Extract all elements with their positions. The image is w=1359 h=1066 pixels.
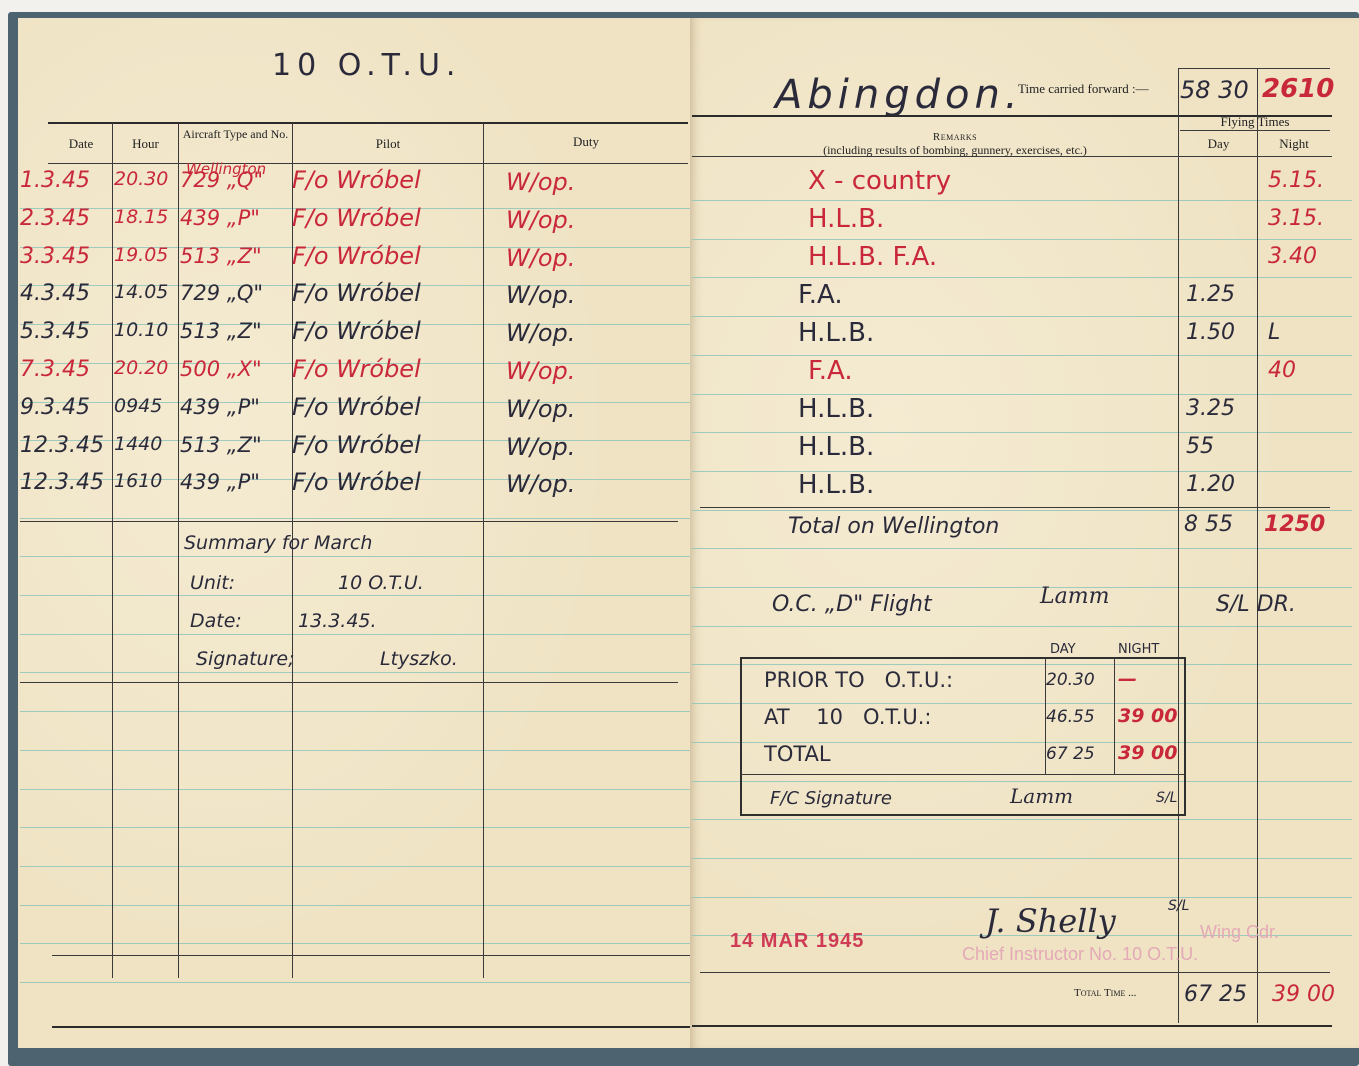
remark-text: H.L.B. <box>798 318 874 348</box>
oc-flight-signature: Lamm <box>1040 584 1109 609</box>
summary-end-rule <box>20 682 678 683</box>
remark-row: X - country5.15. <box>0 166 1359 202</box>
ruled-line <box>20 672 690 673</box>
remark-row: H.L.B.3.25 <box>0 394 1359 430</box>
ruled-line <box>20 711 690 712</box>
flying-times-rule <box>1180 130 1330 131</box>
totals-row-night: 39 00 <box>1118 705 1178 727</box>
ruled-line <box>20 866 690 867</box>
remark-row: H.L.B.55 <box>0 432 1359 468</box>
left-total-rule <box>52 955 690 956</box>
ruled-line <box>692 819 1352 820</box>
summary-signature-label: Signature; <box>196 648 294 670</box>
total-wellington-day: 8 55 <box>1184 512 1233 537</box>
remark-text: F.A. <box>808 356 853 386</box>
unit-heading: 10 O.T.U. <box>272 48 461 83</box>
oc-flight-rank: S/L DR. <box>1216 592 1296 617</box>
totals-row-day: 46.55 <box>1046 707 1095 727</box>
summary-unit-label: Unit: <box>190 572 235 594</box>
total-wellington-night: 1250 <box>1264 512 1325 537</box>
col-header-hour: Hour <box>113 136 178 152</box>
ruled-line <box>20 595 690 596</box>
ruled-line <box>692 548 1352 549</box>
totals-row-night: 39 00 <box>1118 742 1178 764</box>
wing-cdr-stamp: Wing Cdr. <box>1200 922 1279 943</box>
summary-date-label: Date: <box>190 610 242 632</box>
carried-forward-night: 2610 <box>1262 74 1334 104</box>
remark-night: 3.15. <box>1268 206 1324 231</box>
ruled-line <box>692 316 1352 317</box>
remark-text: F.A. <box>798 280 843 310</box>
remark-text: H.L.B. <box>798 432 874 462</box>
remark-day: 1.50 <box>1186 320 1235 345</box>
totals-row-night: — <box>1118 668 1137 690</box>
remark-row: F.A.1.25 <box>0 280 1359 316</box>
summary-title: Summary for March <box>184 532 372 554</box>
entries-end-rule <box>20 521 678 522</box>
col-header-duty: Duty <box>484 134 688 150</box>
summary-unit-value: 10 O.T.U. <box>338 572 424 594</box>
date-stamp: 14 MAR 1945 <box>730 930 864 953</box>
remarks-header: Remarks <box>740 131 1170 143</box>
right-bottom-rule <box>692 1025 1332 1027</box>
remark-text: H.L.B. <box>808 204 884 234</box>
col-header-aircraft: Aircraft Type and No. <box>179 128 292 141</box>
ruled-line <box>20 943 690 944</box>
totals-box-divider <box>740 774 1184 775</box>
carried-forward-top-rule <box>1178 68 1330 69</box>
ruled-line <box>20 789 690 790</box>
fc-signature-rank: S/L <box>1156 790 1177 806</box>
remark-text: X - country <box>808 166 951 196</box>
totals-row-label: PRIOR TO O.T.U.: <box>764 668 953 692</box>
fc-signature-label: F/C Signature <box>770 788 892 809</box>
day-header: Day <box>1180 136 1257 152</box>
remark-day: 3.25 <box>1186 396 1235 421</box>
totals-box-day-header: DAY <box>1050 642 1076 657</box>
total-wellington-rule <box>700 507 1330 508</box>
oc-flight-text: O.C. „D" Flight <box>772 592 932 617</box>
header-top-rule <box>48 122 688 124</box>
remark-night: 3.40 <box>1268 244 1317 269</box>
totals-row-day: 20.30 <box>1046 670 1095 690</box>
ruled-line <box>20 556 690 557</box>
total-wellington-label: Total on Wellington <box>788 514 999 539</box>
total-time-top-rule <box>700 972 1330 973</box>
night-header: Night <box>1258 136 1330 152</box>
summary-signature-value: Ltyszko. <box>380 648 458 670</box>
remark-day: 55 <box>1186 434 1214 459</box>
col-header-pilot: Pilot <box>293 136 483 152</box>
remark-night: 40 <box>1268 358 1296 383</box>
remark-day: 1.20 <box>1186 472 1235 497</box>
totals-row-label: TOTAL <box>764 742 831 766</box>
total-time-day: 67 25 <box>1184 982 1247 1007</box>
carried-forward-label: Time carried forward :— <box>1018 81 1149 97</box>
totals-row-day: 67 25 <box>1046 744 1095 764</box>
remark-text: H.L.B. <box>798 394 874 424</box>
fc-signature-value: Lamm <box>1010 784 1073 808</box>
ruled-line <box>20 827 690 828</box>
remark-text: H.L.B. F.A. <box>808 242 937 272</box>
remark-row: H.L.B. F.A.3.40 <box>0 242 1359 278</box>
location-heading: Abingdon. <box>775 72 1023 118</box>
flying-times-header: Flying Times <box>1180 114 1330 130</box>
summary-date-value: 13.3.45. <box>298 610 377 632</box>
ruled-line <box>692 858 1352 859</box>
chief-instructor-stamp: Chief Instructor No. 10 O.T.U. <box>962 944 1198 965</box>
remark-row: H.L.B.3.15. <box>0 204 1359 240</box>
ruled-line <box>20 982 690 983</box>
remark-text: H.L.B. <box>798 470 874 500</box>
total-time-label: Total Time ... <box>1074 987 1136 999</box>
remark-night: L <box>1268 320 1280 345</box>
ruled-line <box>692 897 1352 898</box>
ruled-line <box>692 626 1352 627</box>
remark-day: 1.25 <box>1186 282 1235 307</box>
ruled-line <box>692 510 1352 511</box>
carried-forward-day: 58 30 <box>1180 76 1249 104</box>
ruled-line <box>692 587 1352 588</box>
ruled-line <box>20 905 690 906</box>
left-bottom-rule <box>52 1026 690 1028</box>
ruled-line <box>20 750 690 751</box>
col-header-date: Date <box>50 136 112 152</box>
remark-row: F.A.40 <box>0 356 1359 392</box>
header-bottom-rule <box>48 163 688 164</box>
remark-row: H.L.B.1.20 <box>0 470 1359 506</box>
remark-row: H.L.B.1.50L <box>0 318 1359 354</box>
remarks-subheader: (including results of bombing, gunnery, … <box>740 143 1170 158</box>
ruled-line <box>20 518 690 519</box>
ruled-line <box>20 634 690 635</box>
totals-row-label: AT 10 O.T.U.: <box>764 705 932 729</box>
total-time-night: 39 00 <box>1272 982 1335 1007</box>
chief-instructor-signature: J. Shelly <box>985 902 1116 940</box>
totals-box-night-header: NIGHT <box>1118 642 1159 657</box>
remark-night: 5.15. <box>1268 168 1324 193</box>
chief-instructor-signature-suffix: S/L <box>1168 898 1189 914</box>
totals-box-night-line <box>1114 658 1115 774</box>
